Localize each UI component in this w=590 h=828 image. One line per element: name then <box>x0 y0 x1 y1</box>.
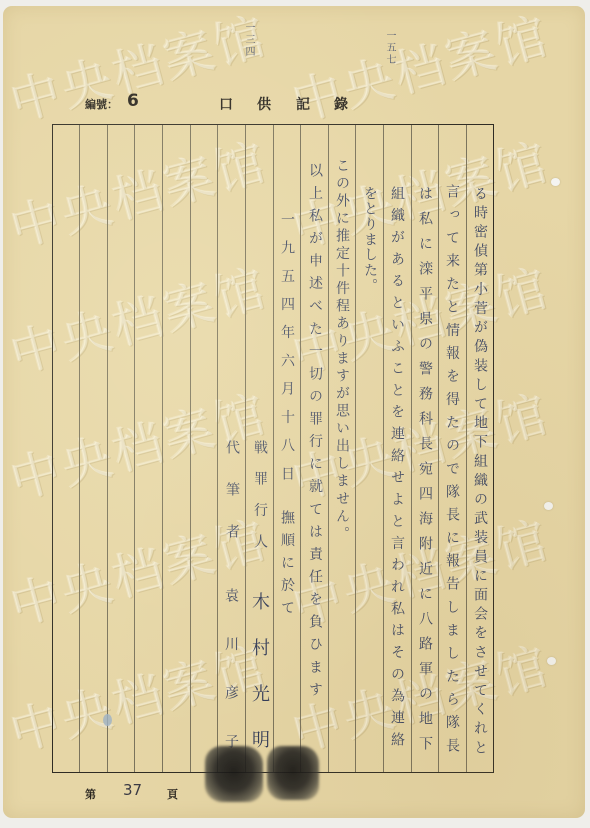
statement-line-4: 組織があるといふことを連絡せよと言われ私はその為連絡 <box>386 186 408 746</box>
page-prefix: 第 <box>85 786 96 802</box>
grid-column-rule <box>134 125 135 772</box>
watermark-char: 馆 <box>491 137 552 198</box>
page-number: 37 <box>123 781 142 799</box>
grid-column-rule <box>383 125 384 772</box>
signer-name: 木村光明 <box>246 592 272 748</box>
signature-date: 一九五四年六月十八日 <box>276 212 298 480</box>
grid-column-rule <box>328 125 329 772</box>
punch-hole <box>547 657 556 665</box>
watermark-char: 馆 <box>491 389 552 450</box>
grid-column-rule <box>162 125 163 772</box>
grid-column-rule <box>107 125 108 772</box>
signer-label: 戦罪行人 <box>249 440 271 548</box>
document-title-char: 記 <box>296 94 310 114</box>
punch-hole <box>551 178 560 186</box>
ink-blot <box>103 714 112 726</box>
statement-line-5: をとりました。 <box>359 186 381 292</box>
scribe-label: 代筆者 <box>221 440 243 538</box>
grid-column-rule <box>355 125 356 772</box>
grid-column-rule <box>190 125 191 772</box>
fingerprint-right <box>267 746 319 800</box>
grid-column-rule <box>466 125 467 772</box>
signature-place: 撫順に於て <box>276 510 298 614</box>
statement-line-3: は私に滦平県の警務科長宛四海附近に八路軍の地下 <box>414 186 436 750</box>
grid-column-rule <box>300 125 301 772</box>
watermark-char: 馆 <box>491 263 552 324</box>
grid-column-rule <box>217 125 218 772</box>
watermark-char: 案 <box>440 25 501 86</box>
top-annotation-right: 一五七 <box>383 30 395 64</box>
top-annotation-left: 一三四 <box>242 22 254 56</box>
document-title-char: 錄 <box>334 94 348 114</box>
record-number-value: 6 <box>127 91 139 111</box>
fingerprint-left <box>205 746 263 802</box>
scribe-name: 袁川彦子 <box>220 588 242 748</box>
document-title-char: 供 <box>257 94 271 114</box>
statement-line-1: る時密偵第小菅が偽装して地下組織の武装員に面会をさせてくれと <box>469 186 491 754</box>
watermark-char: 馆 <box>209 11 270 72</box>
responsibility-declaration: 以上私が申述べた一切の罪行に就ては責任を負ひます <box>304 163 326 696</box>
grid-column-rule <box>273 125 274 772</box>
additional-crimes-note: この外に推定十件程ありますが思い出しません。 <box>331 158 353 540</box>
punch-hole <box>544 502 553 510</box>
page-suffix: 頁 <box>167 786 178 802</box>
watermark-char: 案 <box>158 25 219 86</box>
document-title-char: 口 <box>219 94 233 114</box>
watermark-char: 馆 <box>491 515 552 576</box>
watermark-char: 中 <box>5 67 66 128</box>
grid-column-rule <box>411 125 412 772</box>
grid-column-rule <box>79 125 80 772</box>
watermark-char: 档 <box>389 39 450 100</box>
watermark-char: 馆 <box>491 641 552 702</box>
archive-document-page: 中央档案馆中央档案馆中央档案馆中央档案馆中央档案馆中央档案馆中央档案馆中央档案馆… <box>3 6 585 818</box>
watermark-char: 馆 <box>491 11 552 72</box>
statement-line-2: 言って来たと情報を得たので隊長に報告しましたら隊長 <box>441 184 463 752</box>
record-number-label: 編號： <box>85 96 118 112</box>
grid-column-rule <box>438 125 439 772</box>
